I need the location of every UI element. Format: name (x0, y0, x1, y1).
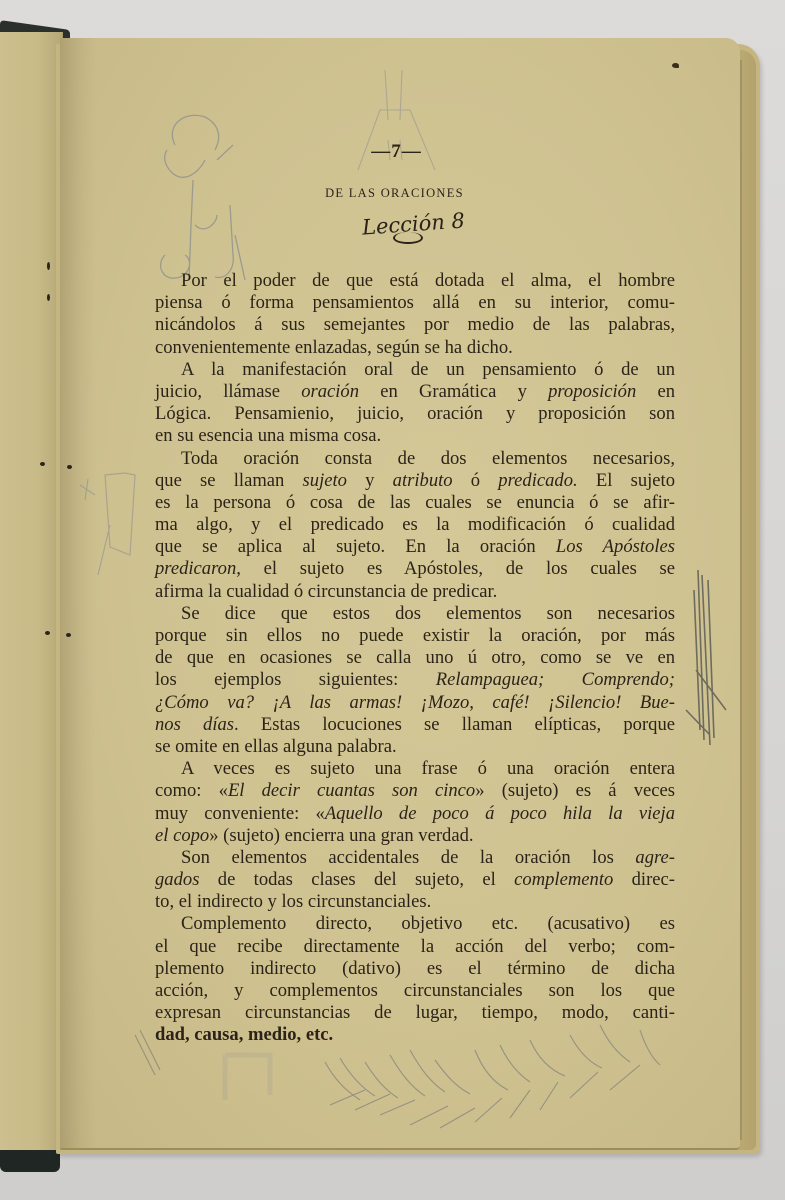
paragraph: A veces es sujeto una frase ó una oració… (155, 758, 675, 847)
text-run: ó (453, 470, 499, 491)
text-line: to, el indirecto y los circunstanciales. (155, 891, 675, 913)
text-run: es la persona ó cosa de las cuales se en… (155, 492, 675, 513)
text-line: el que recibe directamente la acción del… (155, 936, 675, 958)
text-run: plemento indirecto (dativo) es el términ… (155, 958, 675, 979)
text-line: Toda oración consta de dos elementos nec… (155, 448, 675, 470)
text-line: expresan circunstancias de lugar, tiempo… (155, 1002, 675, 1024)
text-line: A veces es sujeto una frase ó una oració… (155, 758, 675, 780)
italic-term: proposición (548, 381, 636, 402)
text-line: como: «El decir cuantas son cinco» (suje… (155, 780, 675, 802)
text-run: y (347, 470, 393, 491)
italic-term: Los Apóstoles (556, 536, 675, 557)
paragraph: Son elementos accidentales de la oración… (155, 847, 675, 914)
italic-term: Aquello de poco á poco hila la vieja (325, 803, 675, 824)
text-run: Complemento directo, objetivo etc. (acus… (181, 913, 675, 934)
section-title: DE LAS ORACIONES (0, 186, 785, 201)
text-run: se omite en ellas alguna palabra. (155, 736, 397, 757)
text-run: El sujeto (578, 470, 675, 491)
italic-term: gados (155, 869, 199, 890)
ink-speck (672, 63, 679, 68)
text-line: Complemento directo, objetivo etc. (acus… (155, 913, 675, 935)
text-run: el que recibe directamente la acción del… (155, 936, 675, 957)
text-run: A veces es sujeto una frase ó una oració… (181, 758, 675, 779)
text-line: que se aplica al sujeto. En la oración L… (155, 536, 675, 558)
text-run: porque sin ellos no puede existir la ora… (155, 625, 675, 646)
paragraph: Por el poder de que está dotada el alma,… (155, 270, 675, 359)
page-edge-line (740, 60, 742, 1140)
text-line: de que en ocasiones se calla uno ú otro,… (155, 647, 675, 669)
italic-term: el copo (155, 825, 209, 846)
text-line: los ejemplos siguientes: Relampaguea; Co… (155, 669, 675, 691)
text-run: de que en ocasiones se calla uno ú otro,… (155, 647, 675, 668)
text-run: dad, causa, medio, etc. (155, 1024, 333, 1045)
text-run: nicándolos á sus semejantes por medio de… (155, 314, 675, 335)
text-run: los ejemplos siguientes: (155, 669, 436, 690)
paragraph: Toda oración consta de dos elementos nec… (155, 448, 675, 603)
text-line: se omite en ellas alguna palabra. (155, 736, 675, 758)
binding-stitch (47, 294, 50, 301)
text-line: dad, causa, medio, etc. (155, 1024, 675, 1046)
text-line: juicio, llámase oración en Gramática y p… (155, 381, 675, 403)
text-line: nicándolos á sus semejantes por medio de… (155, 314, 675, 336)
text-run: que se llaman (155, 470, 303, 491)
text-run: Se dice que estos dos elementos son nece… (181, 603, 675, 624)
text-line: es la persona ó cosa de las cuales se en… (155, 492, 675, 514)
text-run: ma algo, y el predicado es la modificaci… (155, 514, 675, 535)
text-run: en su esencia una misma cosa. (155, 425, 381, 446)
text-run: » (sujeto) es á veces (475, 780, 675, 801)
text-run: que se aplica al sujeto. En la oración (155, 536, 556, 557)
text-run: afirma la cualidad ó circunstancia de pr… (155, 581, 497, 602)
text-line: afirma la cualidad ó circunstancia de pr… (155, 581, 675, 603)
text-line: Son elementos accidentales de la oración… (155, 847, 675, 869)
paragraph: A la manifestación oral de un pensamient… (155, 359, 675, 448)
text-run: el sujeto es Apóstoles, de los cuales se (241, 558, 675, 579)
italic-term: oración (301, 381, 359, 402)
text-run: como: « (155, 780, 228, 801)
binding-stitch (40, 462, 45, 466)
binding-stitch (47, 262, 50, 270)
text-line: muy conveniente: «Aquello de poco á poco… (155, 803, 675, 825)
text-line: Se dice que estos dos elementos son nece… (155, 603, 675, 625)
body-text: Por el poder de que está dotada el alma,… (155, 270, 675, 1047)
text-line: nos días. Estas locuciones se llaman elí… (155, 714, 675, 736)
paragraph: Complemento directo, objetivo etc. (acus… (155, 913, 675, 1046)
page-gutter-shadow (60, 38, 96, 1148)
text-run: Lógica. Pensamienio, juicio, oración y p… (155, 403, 675, 424)
text-run: acción, y complementos circunstanciales … (155, 980, 675, 1001)
text-line: predicaron, el sujeto es Apóstoles, de l… (155, 558, 675, 580)
text-run: direc- (613, 869, 675, 890)
italic-term: sujeto (303, 470, 347, 491)
text-line: porque sin ellos no puede existir la ora… (155, 625, 675, 647)
italic-term: predicado. (498, 470, 577, 491)
text-run: de todas clases del sujeto, el (199, 869, 514, 890)
text-run: Toda oración consta de dos elementos nec… (181, 448, 675, 469)
text-line: en su esencia una misma cosa. (155, 425, 675, 447)
italic-term: predicaron, (155, 558, 241, 579)
text-line: piensa ó forma pensamientos allá en su i… (155, 292, 675, 314)
italic-term: atributo (393, 470, 453, 491)
text-run: A la manifestación oral de un pensamient… (181, 359, 675, 380)
italic-term: ¿Cómo va? ¡A las armas! ¡Mozo, café! ¡Si… (155, 692, 675, 713)
text-run: convenientemente enlazadas, según se ha … (155, 337, 513, 358)
text-run: expresan circunstancias de lugar, tiempo… (155, 1002, 675, 1023)
text-line: Por el poder de que está dotada el alma,… (155, 270, 675, 292)
handwriting-flourish (393, 232, 423, 244)
text-line: plemento indirecto (dativo) es el términ… (155, 958, 675, 980)
text-run: Son elementos accidentales de la oración… (181, 847, 635, 868)
text-line: ma algo, y el predicado es la modificaci… (155, 514, 675, 536)
binding-stitch (45, 631, 50, 635)
paragraph: Se dice que estos dos elementos son nece… (155, 603, 675, 758)
text-run: . Estas locuciones se llaman elípticas, … (234, 714, 675, 735)
text-run: en (636, 381, 675, 402)
text-run: en Gramática y (359, 381, 548, 402)
text-run: juicio, llámase (155, 381, 301, 402)
italic-term: Relampaguea; Comprendo; (436, 669, 675, 690)
page-number: —7— (0, 141, 785, 163)
italic-term: nos días (155, 714, 234, 735)
text-line: convenientemente enlazadas, según se ha … (155, 337, 675, 359)
text-line: que se llaman sujeto y atributo ó predic… (155, 470, 675, 492)
text-line: Lógica. Pensamienio, juicio, oración y p… (155, 403, 675, 425)
text-line: acción, y complementos circunstanciales … (155, 980, 675, 1002)
text-line: gados de todas clases del sujeto, el com… (155, 869, 675, 891)
italic-term: complemento (514, 869, 613, 890)
text-run: to, el indirecto y los circunstanciales. (155, 891, 431, 912)
binding-stitch (67, 465, 72, 469)
text-line: el copo» (sujeto) encierra una gran verd… (155, 825, 675, 847)
binding-stitch (66, 633, 71, 637)
text-run: muy conveniente: « (155, 803, 325, 824)
text-run: piensa ó forma pensamientos allá en su i… (155, 292, 675, 313)
italic-term: El decir cuantas son cinco (228, 780, 475, 801)
text-run: Por el poder de que está dotada el alma,… (181, 270, 675, 291)
text-line: ¿Cómo va? ¡A las armas! ¡Mozo, café! ¡Si… (155, 692, 675, 714)
text-run: » (sujeto) encierra una gran verdad. (209, 825, 473, 846)
text-line: A la manifestación oral de un pensamient… (155, 359, 675, 381)
italic-term: agre- (635, 847, 675, 868)
